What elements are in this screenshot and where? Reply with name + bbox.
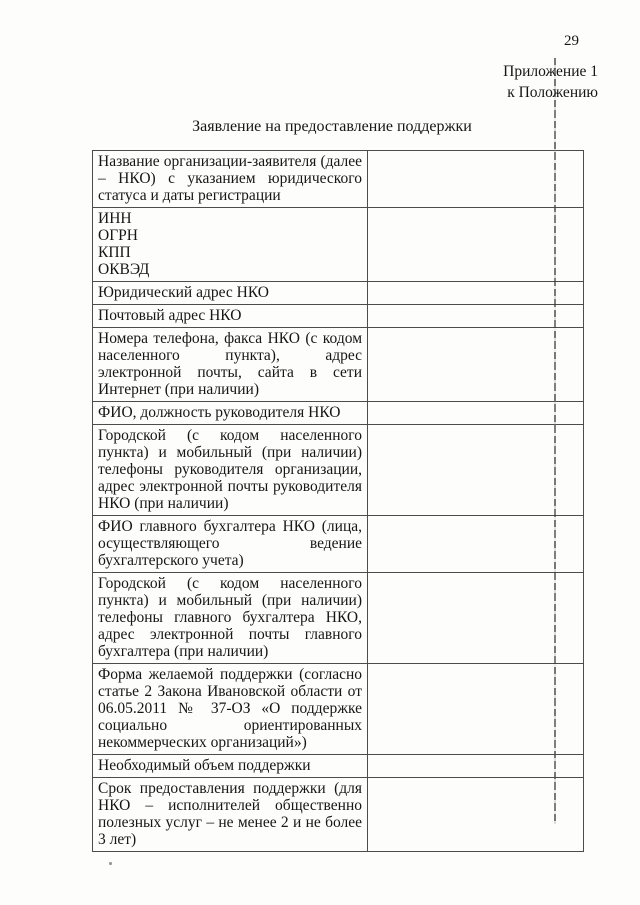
field-label-head-contacts: Городской (с кодом населенного пункта) и… <box>93 425 368 516</box>
page-number: 29 <box>564 33 579 50</box>
field-value-legal-address <box>368 282 584 305</box>
field-value-support-form <box>368 664 584 755</box>
appendix-line-2: к Положению <box>503 82 598 103</box>
field-value-support-volume <box>368 755 584 778</box>
field-value-head-contacts <box>368 425 584 516</box>
scan-speck <box>109 862 112 865</box>
row-inn-ogrn-kpp-okved: ИНН ОГРН КПП ОКВЭД <box>93 208 584 282</box>
field-value-org-name <box>368 151 584 208</box>
field-value-inn-ogrn-kpp-okved <box>368 208 584 282</box>
row-support-volume: Необходимый объем поддержки <box>93 755 584 778</box>
row-org-contacts: Номера телефона, факса НКО (с кодом насе… <box>93 328 584 402</box>
appendix-note: Приложение 1 к Положению <box>503 61 598 103</box>
field-value-postal-address <box>368 305 584 328</box>
field-value-org-contacts <box>368 328 584 402</box>
field-label-postal-address: Почтовый адрес НКО <box>93 305 368 328</box>
row-head-name: ФИО, должность руководителя НКО <box>93 402 584 425</box>
field-label-support-form: Форма желаемой поддержки (согласно стать… <box>93 664 368 755</box>
row-postal-address: Почтовый адрес НКО <box>93 305 584 328</box>
field-value-accountant-contacts <box>368 573 584 664</box>
field-label-org-contacts: Номера телефона, факса НКО (с кодом насе… <box>93 328 368 402</box>
document-title: Заявление на предоставление поддержки <box>0 118 640 136</box>
field-value-support-term <box>368 778 584 852</box>
field-label-head-name: ФИО, должность руководителя НКО <box>93 402 368 425</box>
field-label-org-name: Название организации-заявителя (далее – … <box>93 151 368 208</box>
row-accountant-name: ФИО главного бухгалтера НКО (лица, осуще… <box>93 516 584 573</box>
row-org-name: Название организации-заявителя (далее – … <box>93 151 584 208</box>
field-value-head-name <box>368 402 584 425</box>
field-label-inn-ogrn-kpp-okved: ИНН ОГРН КПП ОКВЭД <box>93 208 368 282</box>
row-accountant-contacts: Городской (с кодом населенного пункта) и… <box>93 573 584 664</box>
application-form-table: Название организации-заявителя (далее – … <box>92 150 584 852</box>
field-label-accountant-contacts: Городской (с кодом населенного пункта) и… <box>93 573 368 664</box>
field-value-accountant-name <box>368 516 584 573</box>
appendix-line-1: Приложение 1 <box>503 61 598 82</box>
row-legal-address: Юридический адрес НКО <box>93 282 584 305</box>
field-label-legal-address: Юридический адрес НКО <box>93 282 368 305</box>
row-support-form: Форма желаемой поддержки (согласно стать… <box>93 664 584 755</box>
field-label-support-volume: Необходимый объем поддержки <box>93 755 368 778</box>
field-label-accountant-name: ФИО главного бухгалтера НКО (лица, осуще… <box>93 516 368 573</box>
scanned-document-page: 29 Приложение 1 к Положению Заявление на… <box>0 0 640 905</box>
field-label-support-term: Срок предоставления поддержки (для НКО –… <box>93 778 368 852</box>
row-head-contacts: Городской (с кодом населенного пункта) и… <box>93 425 584 516</box>
row-support-term: Срок предоставления поддержки (для НКО –… <box>93 778 584 852</box>
